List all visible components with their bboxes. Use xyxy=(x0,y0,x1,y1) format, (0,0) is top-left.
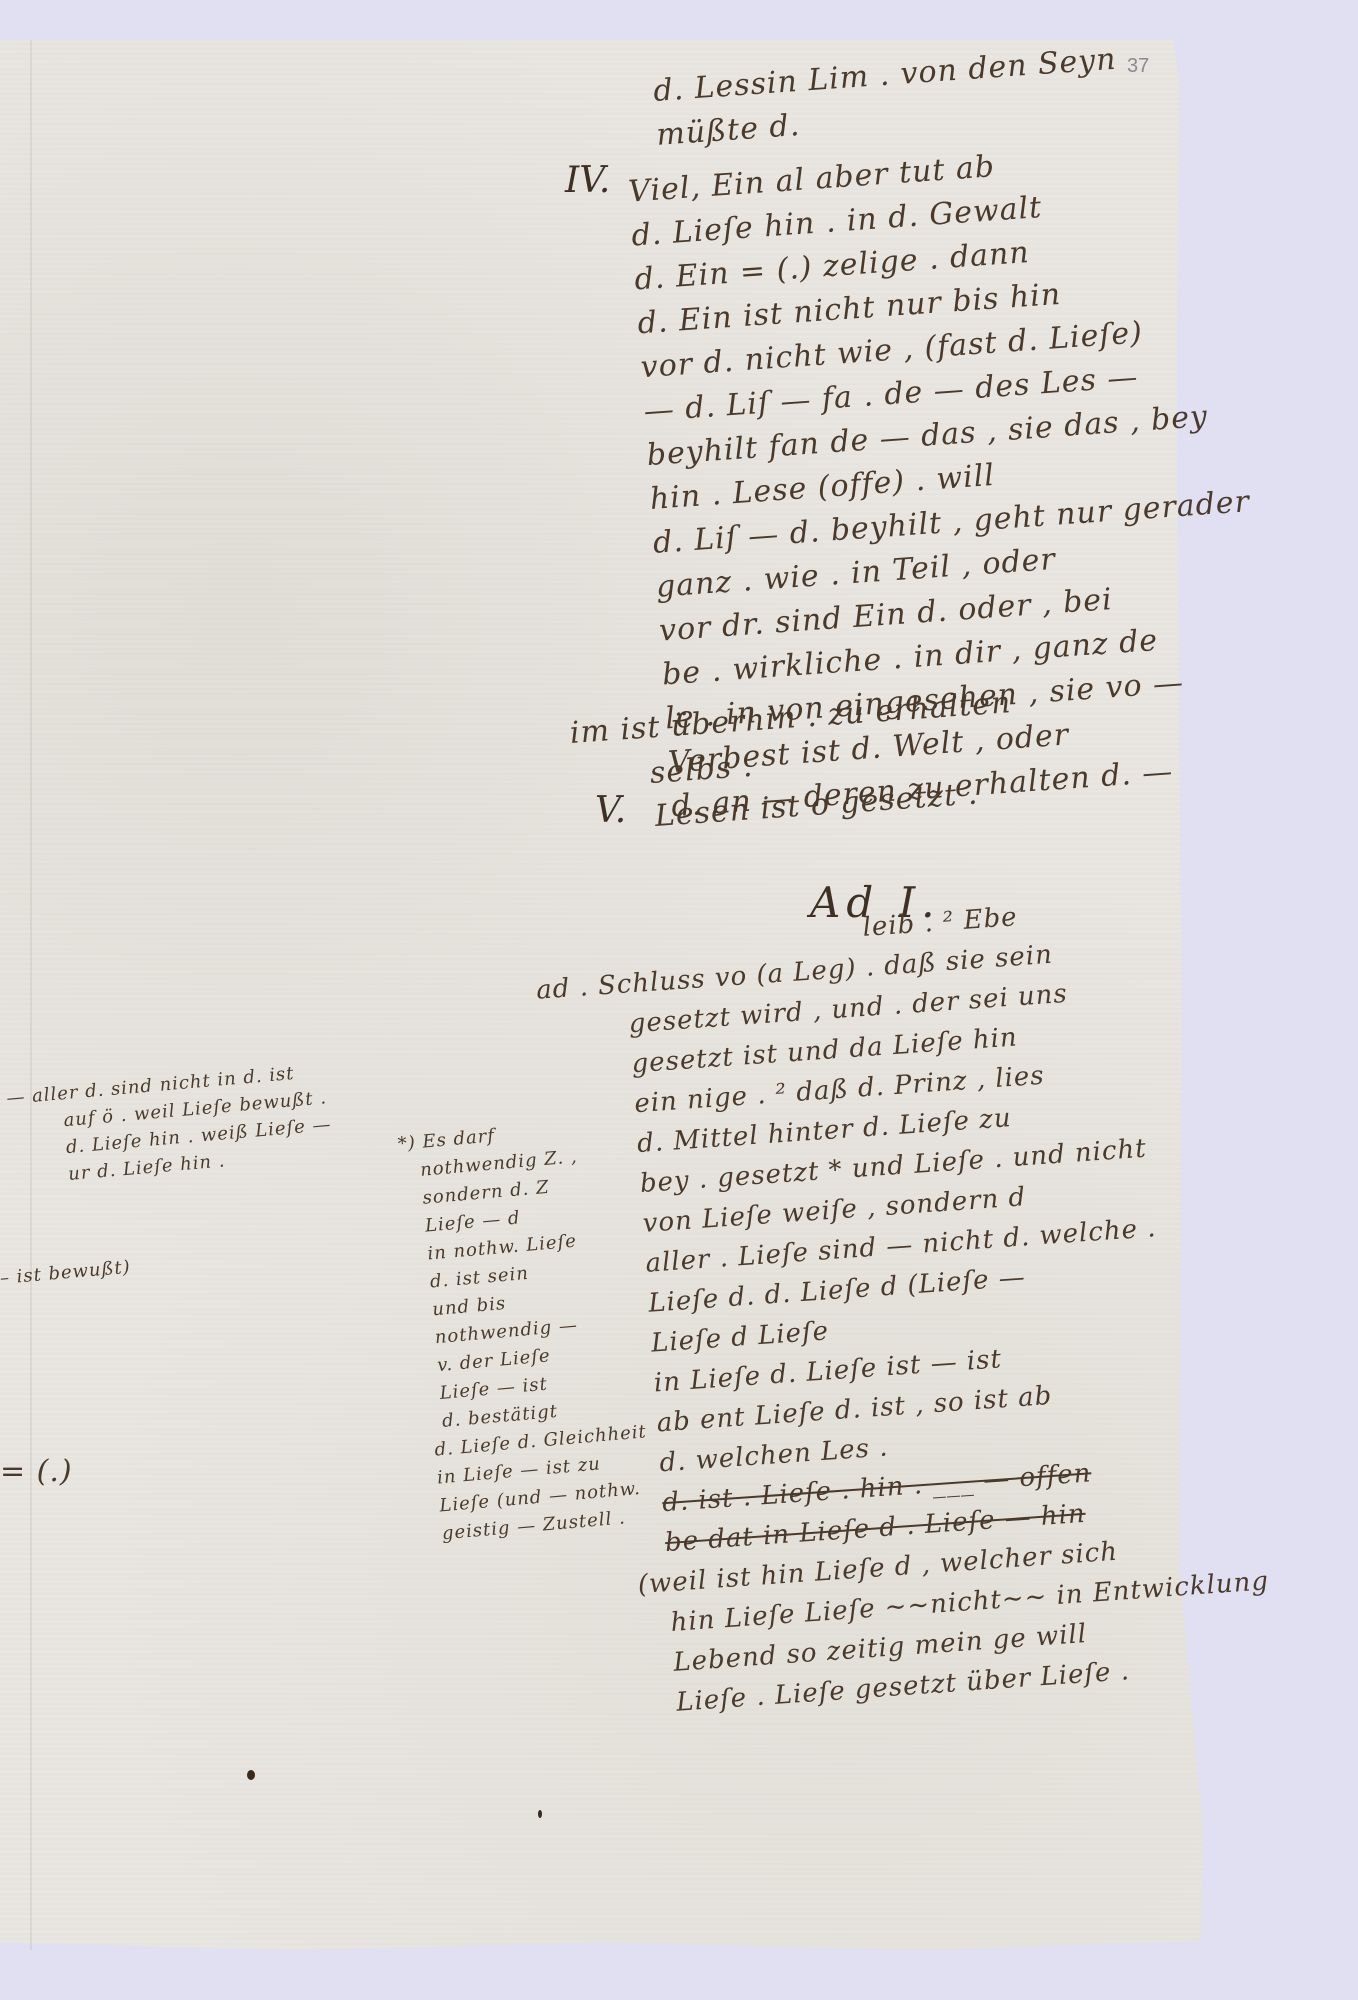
paper-fold-line xyxy=(30,40,32,1950)
ink-blot xyxy=(247,1770,255,1780)
section-marker-v: V. xyxy=(595,790,626,831)
ink-blot xyxy=(538,1810,542,1818)
middle-margin-note: *) Es darf nothwendig Z. , sondern d. Z … xyxy=(397,1111,656,1549)
left-margin-note-3: = (.) xyxy=(0,1450,73,1494)
section-marker-iv: IV. xyxy=(565,160,610,201)
folio-number: 37 xyxy=(1127,55,1149,78)
section-ad-i-text: leib . ² Ebe ad . Schluss vo (a Leg) . d… xyxy=(532,883,1276,1729)
